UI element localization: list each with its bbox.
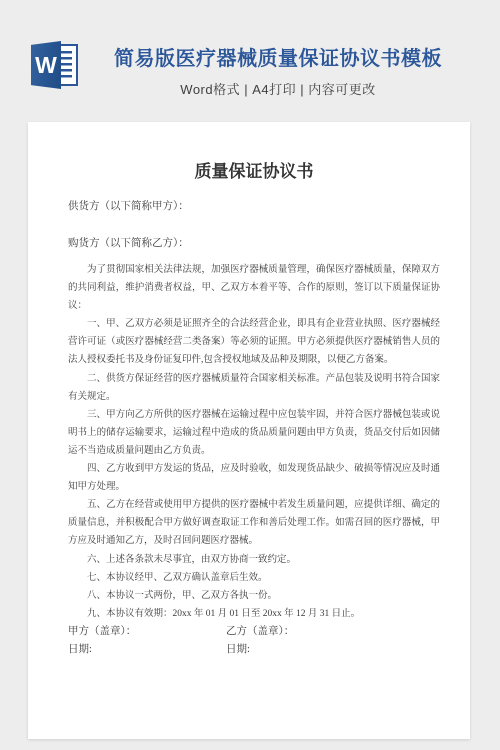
party-b-seal-label: 乙方（盖章）： xyxy=(226,623,440,641)
word-icon-letter: W xyxy=(31,41,61,89)
doc-paragraph: 四、乙方收到甲方发运的货品，应及时验收，如发现货品缺少、破损等情况应及时通知甲方… xyxy=(68,460,440,496)
party-a-seal-label: 甲方（盖章）： xyxy=(68,623,226,641)
doc-paragraph: 五、乙方在经营或使用甲方提供的医疗器械中若发生质量问题，应提供详细、确定的质量信… xyxy=(68,496,440,550)
signature-date-row: 日期: 日期: xyxy=(68,641,440,659)
doc-paragraph: 七、本协议经甲、乙双方确认盖章后生效。 xyxy=(68,569,440,587)
doc-paragraph: 一、甲、乙双方必须是证照齐全的合法经营企业，即具有企业营业执照、医疗器械经营许可… xyxy=(68,315,440,369)
format-subtitle: Word格式 | A4打印 | 内容可更改 xyxy=(80,79,476,98)
document-content: 质量保证协议书 供货方（以下简称甲方）： 购货方（以下简称乙方）： 为了贯彻国家… xyxy=(68,160,440,659)
party-b-line: 购货方（以下简称乙方）： xyxy=(68,235,440,253)
doc-paragraph: 三、甲方向乙方所供的医疗器械在运输过程中应包装牢固，并符合医疗器械包装或说明书上… xyxy=(68,406,440,460)
header-text: 简易版医疗器械质量保证协议书模板 Word格式 | A4打印 | 内容可更改 xyxy=(80,42,476,98)
doc-paragraph: 二、供货方保证经营的医疗器械质量符合国家相关标准。产品包装及说明书符合国家有关规… xyxy=(68,370,440,406)
page-title: 简易版医疗器械质量保证协议书模板 xyxy=(80,42,476,71)
doc-title: 质量保证协议书 xyxy=(68,160,440,184)
doc-paragraph: 九、本协议有效期：20xx 年 01 月 01 日至 20xx 年 12 月 3… xyxy=(68,605,440,623)
template-preview-screen: W 简易版医疗器械质量保证协议书模板 Word格式 | A4打印 | 内容可更改… xyxy=(0,0,500,750)
doc-paragraph: 六、上述各条款未尽事宜，由双方协商一致约定。 xyxy=(68,551,440,569)
doc-paragraph: 八、本协议一式两份，甲、乙双方各执一份。 xyxy=(68,587,440,605)
doc-paragraph: 为了贯彻国家相关法律法规，加强医疗器械质量管理，确保医疗器械质量，保障双方的共同… xyxy=(68,261,440,315)
party-b-date-label: 日期: xyxy=(226,641,440,659)
word-icon: W xyxy=(31,41,79,89)
party-a-line: 供货方（以下简称甲方）： xyxy=(68,198,440,216)
document-preview-page: 质量保证协议书 供货方（以下简称甲方）： 购货方（以下简称乙方）： 为了贯彻国家… xyxy=(28,122,470,739)
party-a-date-label: 日期: xyxy=(68,641,226,659)
header: W 简易版医疗器械质量保证协议书模板 Word格式 | A4打印 | 内容可更改 xyxy=(0,0,500,122)
signature-seal-row: 甲方（盖章）： 乙方（盖章）： xyxy=(68,623,440,641)
